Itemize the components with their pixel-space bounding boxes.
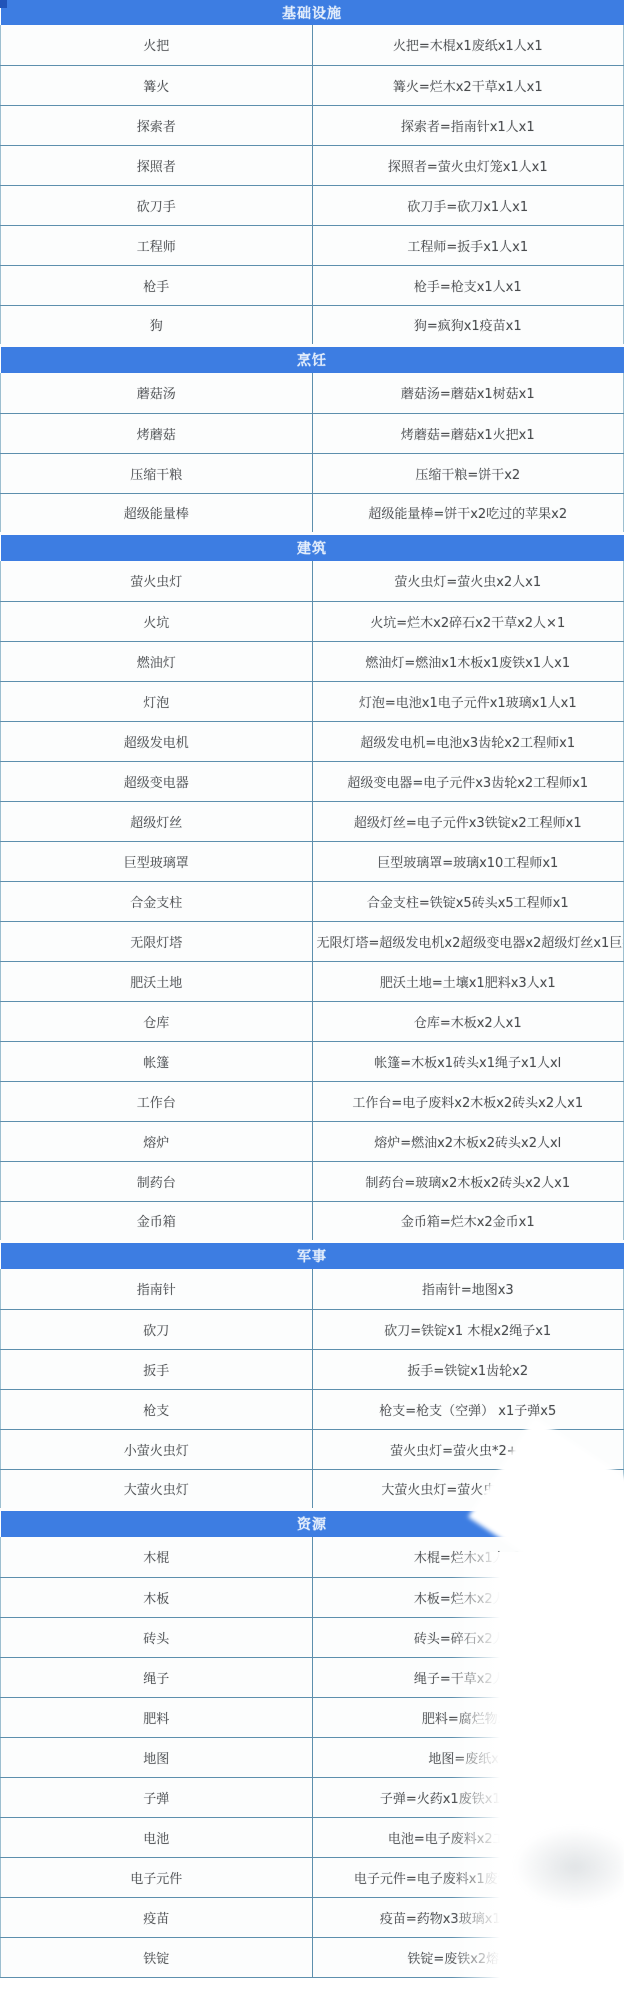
item-name-cell: 大萤火虫灯 [1,1469,313,1509]
page-curl-overlay-top [492,1489,624,1517]
item-recipe-cell: 工程师=扳手x1人x1 [312,225,624,265]
item-name-cell: 电池 [1,1817,313,1857]
table-row: 无限灯塔无限灯塔=超级发电机x2超级变电器x2超级灯丝x1巨型玻璃罩x1合金支柱… [1,921,624,961]
item-name-cell: 工程师 [1,225,313,265]
table-row: 砍刀砍刀=铁锭x1 木棍x2绳子x1 [1,1309,624,1349]
table-row: 压缩干粮压缩干粮=饼干x2 [1,453,624,493]
table-row: 探索者探索者=指南针x1人x1 [1,105,624,145]
item-recipe-cell: 燃油灯=燃油x1木板x1废铁x1人x1 [312,641,624,681]
section-header-row: 军事 [1,1241,624,1269]
page-fade-overlay [452,1552,624,1989]
item-name-cell: 砍刀 [1,1309,313,1349]
item-name-cell: 狗 [1,305,313,345]
table-row: 狗狗=疯狗x1疫苗x1 [1,305,624,345]
item-name-cell: 探索者 [1,105,313,145]
section-title: 烹饪 [1,345,624,373]
table-row: 火坑火坑=烂木x2碎石x2干草x2人×1 [1,601,624,641]
item-name-cell: 烤蘑菇 [1,413,313,453]
item-name-cell: 金币箱 [1,1201,313,1241]
item-name-cell: 枪手 [1,265,313,305]
item-recipe-cell: 篝火=烂木x2干草x1人x1 [312,65,624,105]
item-name-cell: 电子元件 [1,1857,313,1897]
item-name-cell: 肥沃土地 [1,961,313,1001]
table-row: 萤火虫灯萤火虫灯=萤火虫x2人x1 [1,561,624,601]
table-row: 扳手扳手=铁锭x1齿轮x2 [1,1349,624,1389]
table-row: 烤蘑菇烤蘑菇=蘑菇x1火把x1 [1,413,624,453]
item-name-cell: 指南针 [1,1269,313,1309]
item-recipe-cell: 扳手=铁锭x1齿轮x2 [312,1349,624,1389]
section-header-row: 基础设施 [1,0,624,25]
item-name-cell: 巨型玻璃罩 [1,841,313,881]
item-name-cell: 铁锭 [1,1937,313,1977]
table-row: 肥沃土地肥沃土地=土壤x1肥料x3人x1 [1,961,624,1001]
item-recipe-cell: 熔炉=燃油x2木板x2砖头x2人xl [312,1121,624,1161]
table-row: 超级变电器超级变电器=电子元件x3齿轮x2工程师x1 [1,761,624,801]
item-name-cell: 疫苗 [1,1897,313,1937]
corner-accent [0,0,7,8]
item-name-cell: 工作台 [1,1081,313,1121]
section-header-row: 烹饪 [1,345,624,373]
table-row: 合金支柱合金支柱=铁锭x5砖头x5工程师x1 [1,881,624,921]
table-row: 火把火把=木棍x1废纸x1人x1 [1,25,624,65]
table-row: 灯泡灯泡=电池x1电子元件x1玻璃x1人x1 [1,681,624,721]
item-name-cell: 蘑菇汤 [1,373,313,413]
item-name-cell: 枪支 [1,1389,313,1429]
item-recipe-cell: 火坑=烂木x2碎石x2干草x2人×1 [312,601,624,641]
table-row: 熔炉熔炉=燃油x2木板x2砖头x2人xl [1,1121,624,1161]
table-row: 指南针指南针=地图x3 [1,1269,624,1309]
table-row: 超级灯丝超级灯丝=电子元件x3铁锭x2工程师x1 [1,801,624,841]
item-name-cell: 篝火 [1,65,313,105]
item-recipe-cell: 仓库=木板x2人x1 [312,1001,624,1041]
table-row: 砍刀手砍刀手=砍刀x1人x1 [1,185,624,225]
item-recipe-cell: 压缩干粮=饼干x2 [312,453,624,493]
item-recipe-cell: 枪手=枪支x1人x1 [312,265,624,305]
section-header-row: 建筑 [1,533,624,561]
item-recipe-cell: 指南针=地图x3 [312,1269,624,1309]
item-recipe-cell: 巨型玻璃罩=玻璃x10工程师x1 [312,841,624,881]
table-row: 工程师工程师=扳手x1人x1 [1,225,624,265]
page: 基础设施火把火把=木棍x1废纸x1人x1篝火篝火=烂木x2干草x1人x1探索者探… [0,0,624,1989]
item-recipe-cell: 萤火虫灯=萤火虫x2人x1 [312,561,624,601]
item-name-cell: 砖头 [1,1617,313,1657]
table-row: 燃油灯燃油灯=燃油x1木板x1废铁x1人x1 [1,641,624,681]
item-name-cell: 扳手 [1,1349,313,1389]
item-name-cell: 子弹 [1,1777,313,1817]
item-name-cell: 燃油灯 [1,641,313,681]
item-name-cell: 熔炉 [1,1121,313,1161]
item-name-cell: 小萤火虫灯 [1,1429,313,1469]
item-name-cell: 探照者 [1,145,313,185]
item-recipe-cell: 工作台=电子废料x2木板x2砖头x2人x1 [312,1081,624,1121]
table-row: 仓库仓库=木板x2人x1 [1,1001,624,1041]
section-title: 建筑 [1,533,624,561]
item-recipe-cell: 烤蘑菇=蘑菇x1火把x1 [312,413,624,453]
item-name-cell: 火坑 [1,601,313,641]
item-name-cell: 木板 [1,1577,313,1617]
item-name-cell: 绳子 [1,1657,313,1697]
item-recipe-cell: 无限灯塔=超级发电机x2超级变电器x2超级灯丝x1巨型玻璃罩x1合金支柱x1工程… [312,921,624,961]
item-name-cell: 压缩干粮 [1,453,313,493]
item-name-cell: 制药台 [1,1161,313,1201]
item-name-cell: 帐篷 [1,1041,313,1081]
item-name-cell: 灯泡 [1,681,313,721]
item-name-cell: 合金支柱 [1,881,313,921]
table-row: 篝火篝火=烂木x2干草x1人x1 [1,65,624,105]
item-recipe-cell: 超级能量棒=饼干x2吃过的苹果x2 [312,493,624,533]
item-recipe-cell: 制药台=玻璃x2木板x2砖头x2人x1 [312,1161,624,1201]
item-recipe-cell: 探索者=指南针x1人x1 [312,105,624,145]
item-recipe-cell: 探照者=萤火虫灯笼x1人x1 [312,145,624,185]
table-row: 超级发电机超级发电机=电池x3齿轮x2工程师x1 [1,721,624,761]
table-row: 金币箱金币箱=烂木x2金币x1 [1,1201,624,1241]
table-row: 探照者探照者=萤火虫灯笼x1人x1 [1,145,624,185]
table-row: 制药台制药台=玻璃x2木板x2砖头x2人x1 [1,1161,624,1201]
section-title: 军事 [1,1241,624,1269]
item-name-cell: 萤火虫灯 [1,561,313,601]
item-recipe-cell: 枪支=枪支（空弹） x1子弹x5 [312,1389,624,1429]
item-name-cell: 地图 [1,1737,313,1777]
table-row: 工作台工作台=电子废料x2木板x2砖头x2人x1 [1,1081,624,1121]
item-recipe-cell: 火把=木棍x1废纸x1人x1 [312,25,624,65]
item-recipe-cell: 超级灯丝=电子元件x3铁锭x2工程师x1 [312,801,624,841]
item-name-cell: 火把 [1,25,313,65]
item-recipe-cell: 帐篷=木板x1砖头x1绳子x1人xl [312,1041,624,1081]
item-recipe-cell: 超级变电器=电子元件x3齿轮x2工程师x1 [312,761,624,801]
item-name-cell: 无限灯塔 [1,921,313,961]
item-name-cell: 肥料 [1,1697,313,1737]
table-row: 枪手枪手=枪支x1人x1 [1,265,624,305]
item-recipe-cell: 肥沃土地=土壤x1肥料x3人x1 [312,961,624,1001]
table-row: 巨型玻璃罩巨型玻璃罩=玻璃x10工程师x1 [1,841,624,881]
table-row: 超级能量棒超级能量棒=饼干x2吃过的苹果x2 [1,493,624,533]
item-recipe-cell: 砍刀=铁锭x1 木棍x2绳子x1 [312,1309,624,1349]
item-recipe-cell: 合金支柱=铁锭x5砖头x5工程师x1 [312,881,624,921]
section-title: 基础设施 [1,0,624,25]
item-name-cell: 超级能量棒 [1,493,313,533]
table-row: 帐篷帐篷=木板x1砖头x1绳子x1人xl [1,1041,624,1081]
item-name-cell: 木棍 [1,1537,313,1577]
table-row: 蘑菇汤蘑菇汤=蘑菇x1树菇x1 [1,373,624,413]
item-recipe-cell: 狗=疯狗x1疫苗x1 [312,305,624,345]
gray-smudge-artifact [515,1828,624,1906]
item-recipe-cell: 超级发电机=电池x3齿轮x2工程师x1 [312,721,624,761]
item-name-cell: 仓库 [1,1001,313,1041]
item-recipe-cell: 灯泡=电池x1电子元件x1玻璃x1人x1 [312,681,624,721]
item-recipe-cell: 蘑菇汤=蘑菇x1树菇x1 [312,373,624,413]
item-name-cell: 超级变电器 [1,761,313,801]
item-name-cell: 超级灯丝 [1,801,313,841]
item-name-cell: 砍刀手 [1,185,313,225]
item-recipe-cell: 金币箱=烂木x2金币x1 [312,1201,624,1241]
item-recipe-cell: 砍刀手=砍刀x1人x1 [312,185,624,225]
item-name-cell: 超级发电机 [1,721,313,761]
